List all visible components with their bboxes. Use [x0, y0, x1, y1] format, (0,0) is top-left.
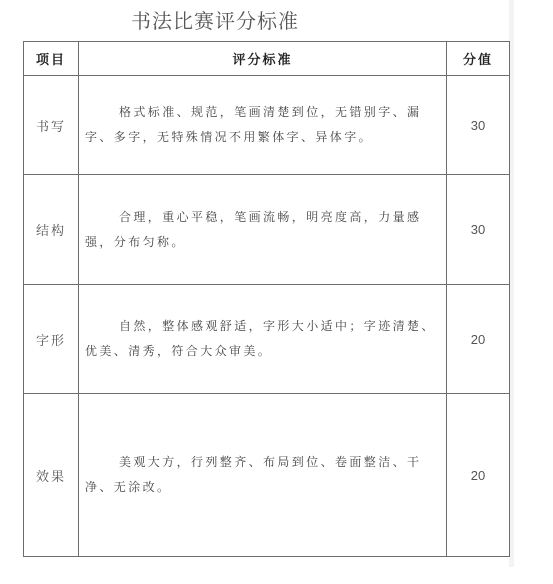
- header-criteria: 评分标准: [79, 42, 447, 76]
- row-score: 30: [447, 76, 510, 175]
- header-score: 分值: [447, 42, 510, 76]
- row-criteria: 自然，整体感观舒适，字形大小适中；字迹清楚、优美、清秀，符合大众审美。: [79, 285, 447, 394]
- header-item: 项目: [24, 42, 79, 76]
- row-item: 书写: [24, 76, 79, 175]
- table-row: 字形 自然，整体感观舒适，字形大小适中；字迹清楚、优美、清秀，符合大众审美。 2…: [24, 285, 510, 394]
- table-header-row: 项目 评分标准 分值: [24, 42, 510, 76]
- row-criteria: 格式标准、规范，笔画清楚到位，无错别字、漏字、多字，无特殊情况不用繁体字、异体字…: [79, 76, 447, 175]
- document-title: 书法比赛评分标准: [0, 8, 430, 34]
- row-score: 30: [447, 175, 510, 285]
- scoring-criteria-table: 项目 评分标准 分值 书写 格式标准、规范，笔画清楚到位，无错别字、漏字、多字，…: [23, 41, 510, 557]
- row-criteria: 合理，重心平稳，笔画流畅，明亮度高，力量感强，分布匀称。: [79, 175, 447, 285]
- table-row: 结构 合理，重心平稳，笔画流畅，明亮度高，力量感强，分布匀称。 30: [24, 175, 510, 285]
- row-criteria: 美观大方，行列整齐、布局到位、卷面整洁、干净、无涂改。: [79, 394, 447, 557]
- row-item: 字形: [24, 285, 79, 394]
- table-row: 书写 格式标准、规范，笔画清楚到位，无错别字、漏字、多字，无特殊情况不用繁体字、…: [24, 76, 510, 175]
- row-item: 结构: [24, 175, 79, 285]
- row-item: 效果: [24, 394, 79, 557]
- row-score: 20: [447, 394, 510, 557]
- row-score: 20: [447, 285, 510, 394]
- table-row: 效果 美观大方，行列整齐、布局到位、卷面整洁、干净、无涂改。 20: [24, 394, 510, 557]
